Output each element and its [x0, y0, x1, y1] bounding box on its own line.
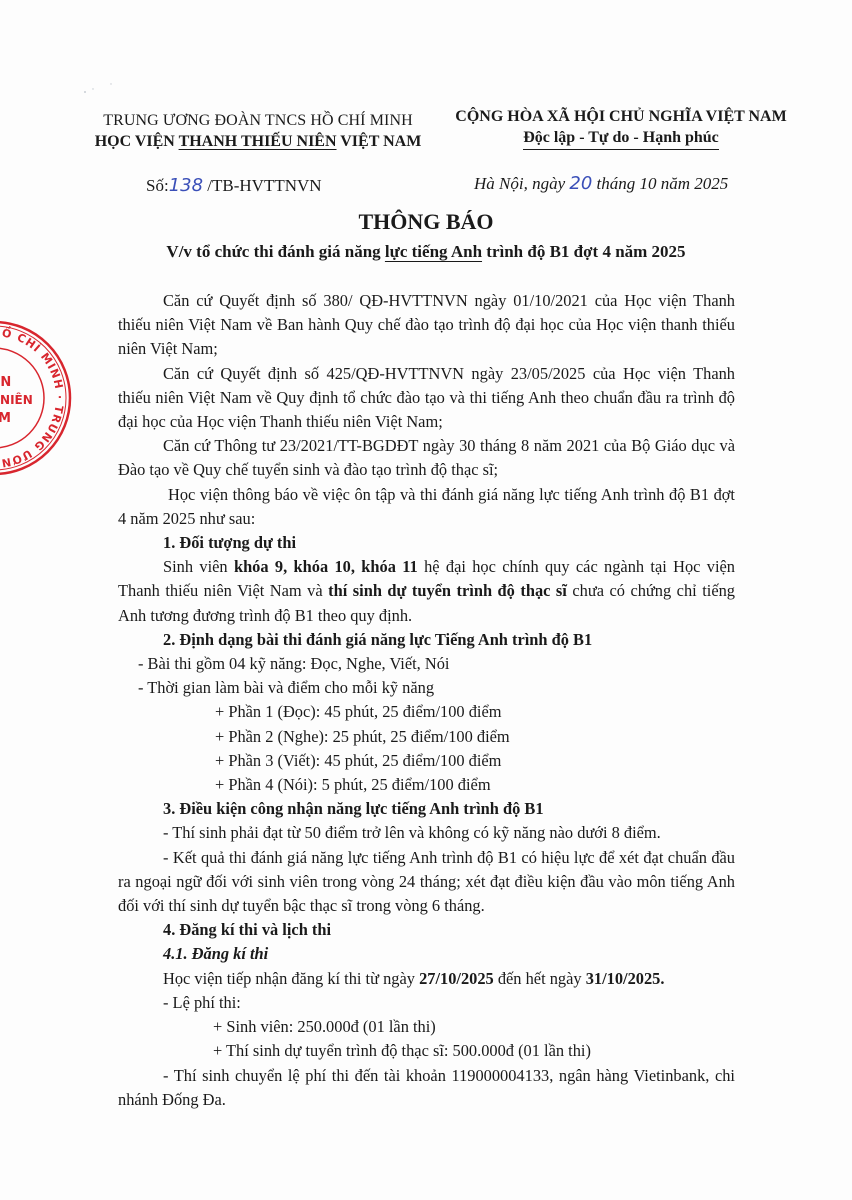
svg-text:THIẾU NIÊN: THIẾU NIÊN [0, 391, 33, 407]
part-2: + Phần 2 (Nghe): 25 phút, 25 điểm/100 đi… [118, 725, 735, 749]
national-motto: Độc lập - Tự do - Hạnh phúc [523, 127, 719, 150]
agency-name-underlined: THANH THIẾU NIÊN [179, 133, 337, 150]
masters-candidates-bold: thí sinh dự tuyển trình độ thạc sĩ [328, 581, 567, 600]
national-header-block: CỘNG HÒA XÃ HỘI CHỦ NGHĨA VIỆT NAM Độc l… [436, 106, 806, 150]
seal-icon: ĐOÀN TNCS HỒ CHÍ MINH · TRUNG ƯƠNG ĐOÀN … [0, 318, 74, 478]
agency-name-suffix: VIỆT NAM [337, 133, 422, 150]
preamble-2: Căn cứ Quyết định số 425/QĐ-HVTTNVN ngày… [118, 362, 735, 435]
preamble-1: Căn cứ Quyết định số 380/ QĐ-HVTTNVN ngà… [118, 289, 735, 362]
text-run: Học viện tiếp nhận đăng kí thi từ ngày [163, 969, 419, 988]
section-3-heading: 3. Điều kiện công nhận năng lực tiếng An… [118, 797, 735, 821]
place-date-suffix: tháng 10 năm 2025 [592, 174, 728, 193]
condition-2: - Kết quả thi đánh giá năng lực tiếng An… [118, 846, 735, 919]
agency-name-prefix: HỌC VIỆN [95, 133, 179, 150]
svg-text:VIỆN: VIỆN [0, 374, 11, 390]
document-number: Số:138 /TB-HVTTNVN [146, 175, 322, 196]
date-day-handwritten: 20 [569, 173, 592, 194]
reg-end-date: 31/10/2025. [586, 969, 665, 988]
preamble-4: Học viện thông báo về việc ôn tập và thi… [118, 483, 735, 531]
subtitle-underlined: lực tiếng Anh [385, 242, 482, 261]
country-name: CỘNG HÒA XÃ HỘI CHỦ NGHĨA VIỆT NAM [436, 106, 806, 127]
section-1-heading: 1. Đối tượng dự thi [118, 531, 735, 555]
part-4: + Phần 4 (Nói): 5 phút, 25 điểm/100 điểm [118, 773, 735, 797]
text-run: Sinh viên [163, 557, 234, 576]
section-1-paragraph: Sinh viên khóa 9, khóa 10, khóa 11 hệ đạ… [118, 555, 735, 628]
section-2-heading: 2. Định dạng bài thi đánh giá năng lực T… [118, 628, 735, 652]
part-3: + Phần 3 (Viết): 45 phút, 25 điểm/100 đi… [118, 749, 735, 773]
registration-period: Học viện tiếp nhận đăng kí thi từ ngày 2… [118, 967, 735, 991]
document-title: THÔNG BÁO [0, 209, 852, 235]
reg-start-date: 27/10/2025 [419, 969, 494, 988]
subtitle-pre: V/v tổ chức thi đánh giá năng [166, 242, 385, 261]
document-subtitle: V/v tổ chức thi đánh giá năng lực tiếng … [0, 242, 852, 262]
fee-label: - Lệ phí thi: [118, 991, 735, 1015]
doc-no-label: Số: [146, 176, 169, 195]
bank-transfer: - Thí sinh chuyển lệ phí thi đến tài kho… [118, 1064, 735, 1112]
fee-masters: + Thí sinh dự tuyển trình độ thạc sĩ: 50… [118, 1039, 735, 1063]
document-page: TRUNG ƯƠNG ĐOÀN TNCS HỒ CHÍ MINH HỌC VIỆ… [0, 0, 852, 1200]
fee-student: + Sinh viên: 250.000đ (01 lần thi) [118, 1015, 735, 1039]
agency-parent: TRUNG ƯƠNG ĐOÀN TNCS HỒ CHÍ MINH [78, 110, 438, 131]
doc-no-suffix: /TB-HVTTNVN [203, 176, 322, 195]
preamble-3: Căn cứ Thông tư 23/2021/TT-BGDĐT ngày 30… [118, 434, 735, 482]
cohorts-bold: khóa 9, khóa 10, khóa 11 [234, 557, 418, 576]
svg-text:NAM: NAM [0, 411, 11, 426]
agency-name: HỌC VIỆN THANH THIẾU NIÊN VIỆT NAM [78, 131, 438, 152]
section-4-1-heading: 4.1. Đăng kí thi [118, 942, 735, 966]
text-run: đến hết ngày [494, 969, 586, 988]
place-date: Hà Nội, ngày 20 tháng 10 năm 2025 [474, 173, 728, 194]
subtitle-post: trình độ B1 đợt 4 năm 2025 [482, 242, 686, 261]
place-date-prefix: Hà Nội, ngày [474, 174, 569, 193]
section-4-heading: 4. Đăng kí thi và lịch thi [118, 918, 735, 942]
scan-specks [80, 78, 120, 98]
part-1: + Phần 1 (Đọc): 45 phút, 25 điểm/100 điể… [118, 700, 735, 724]
issuing-agency-block: TRUNG ƯƠNG ĐOÀN TNCS HỒ CHÍ MINH HỌC VIỆ… [78, 110, 438, 152]
official-seal: ĐOÀN TNCS HỒ CHÍ MINH · TRUNG ƯƠNG ĐOÀN … [0, 318, 74, 478]
time-line: - Thời gian làm bài và điểm cho mỗi kỹ n… [118, 676, 735, 700]
document-body: Căn cứ Quyết định số 380/ QĐ-HVTTNVN ngà… [118, 289, 735, 1112]
doc-no-handwritten: 138 [169, 175, 203, 196]
condition-1: - Thí sinh phải đạt từ 50 điểm trở lên v… [118, 821, 735, 845]
skills-line: - Bài thi gồm 04 kỹ năng: Đọc, Nghe, Viế… [118, 652, 735, 676]
